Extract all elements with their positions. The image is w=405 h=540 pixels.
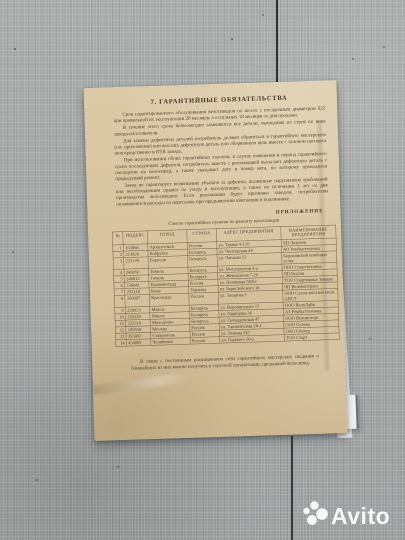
document-content: 7. ГАРАНТИЙНЫЕ ОБЯЗАТЕЛЬСТВА Срок гарант…	[84, 80, 348, 441]
table-header-cell: №	[112, 232, 123, 245]
table-header-cell: ГОРОД	[147, 230, 187, 244]
table-header-cell: СТРАНА	[187, 229, 217, 243]
photo-background: 7. ГАРАНТИЙНЫЕ ОБЯЗАТЕЛЬСТВА Срок гарант…	[0, 0, 405, 540]
avito-logo-icon	[301, 500, 328, 532]
page-title: 7. ГАРАНТИЙНЫЕ ОБЯЗАТЕЛЬСТВА	[113, 92, 325, 107]
table-header-cell: ИНДЕКС	[123, 231, 148, 245]
footer-note: В связи с постоянным расширением сети га…	[131, 353, 319, 371]
avito-watermark: Avito	[301, 500, 390, 532]
table-seam-line-bottom	[291, 436, 293, 540]
document-paragraph: Завод не гарантирует возмещение убытков …	[116, 176, 329, 207]
warranty-paragraphs: Срок гарантированного обслуживания велос…	[113, 105, 328, 207]
surface-speckles	[14, 48, 16, 50]
document-page: 7. ГАРАНТИЙНЫЕ ОБЯЗАТЕЛЬСТВА Срок гарант…	[84, 80, 348, 441]
warranty-points-table: №ИНДЕКСГОРОДСТРАНААДРЕС ПРЕДПРИЯТИЯНАИМЕ…	[112, 225, 340, 347]
avito-watermark-text: Avito	[331, 503, 390, 530]
table-body: 1 163068 Архангельск Россия ул. Тимме 4-…	[113, 238, 340, 347]
table-seam-line-top	[276, 0, 278, 89]
